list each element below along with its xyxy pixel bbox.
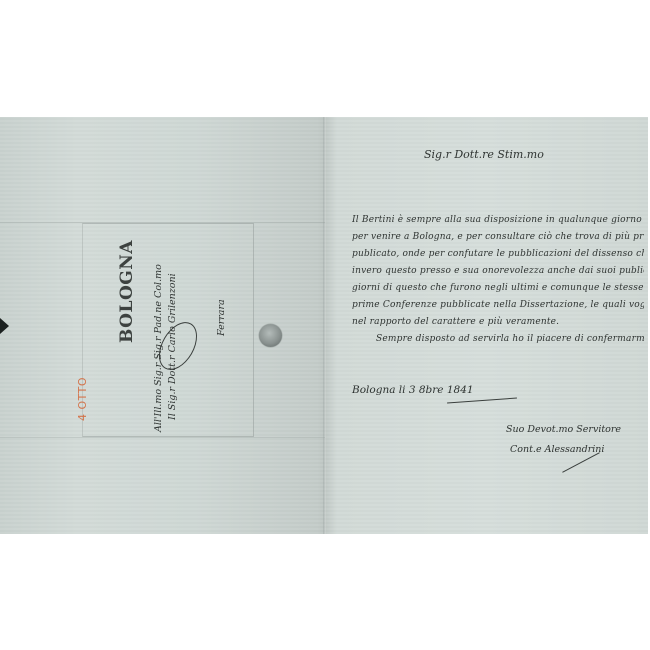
body-line: Il Bertini è sempre alla sua disposizion…: [352, 212, 644, 229]
fold-crease-bottom: [0, 437, 325, 438]
body-line: giorni di questo che furono negli ultimi…: [352, 280, 644, 297]
center-fold: [323, 117, 326, 534]
signature-block: Suo Devot.mo Servitore Cont.e Alessandri…: [506, 420, 621, 460]
body-line: prime Conferenze pubblicate nella Disser…: [352, 297, 644, 314]
dateline: Bologna li 3 8bre 1841: [352, 384, 474, 396]
body-line: publicato, onde per confutare le pubblic…: [352, 246, 644, 263]
letter-body: Il Bertini è sempre alla sua disposizion…: [352, 212, 644, 348]
wax-seal: [259, 324, 282, 347]
salutation: Sig.r Dott.re Stim.mo: [424, 148, 544, 161]
address-city: Ferrara: [215, 299, 228, 336]
address-line: Il Sig.r Dott.r Carlo Grilenzoni: [166, 273, 179, 420]
red-postmark: 4 OTTO: [76, 377, 89, 421]
body-line: per venire a Bologna, e per consultare c…: [352, 229, 644, 246]
signature: Cont.e Alessandrini: [506, 440, 621, 460]
closing-line: Sempre disposto ad servirla ho il piacer…: [352, 331, 644, 348]
page-marker-icon: [0, 318, 9, 334]
body-line: nel rapporto del carattere e più veramen…: [352, 314, 644, 331]
address-line: All'Ill.mo Sig.r Sig.r Pad.ne Col.mo: [152, 264, 165, 432]
body-line: invero questo presso e sua onorevolezza …: [352, 263, 644, 280]
valediction: Suo Devot.mo Servitore: [506, 420, 621, 440]
postal-stamp: BOLOGNA: [117, 240, 137, 343]
